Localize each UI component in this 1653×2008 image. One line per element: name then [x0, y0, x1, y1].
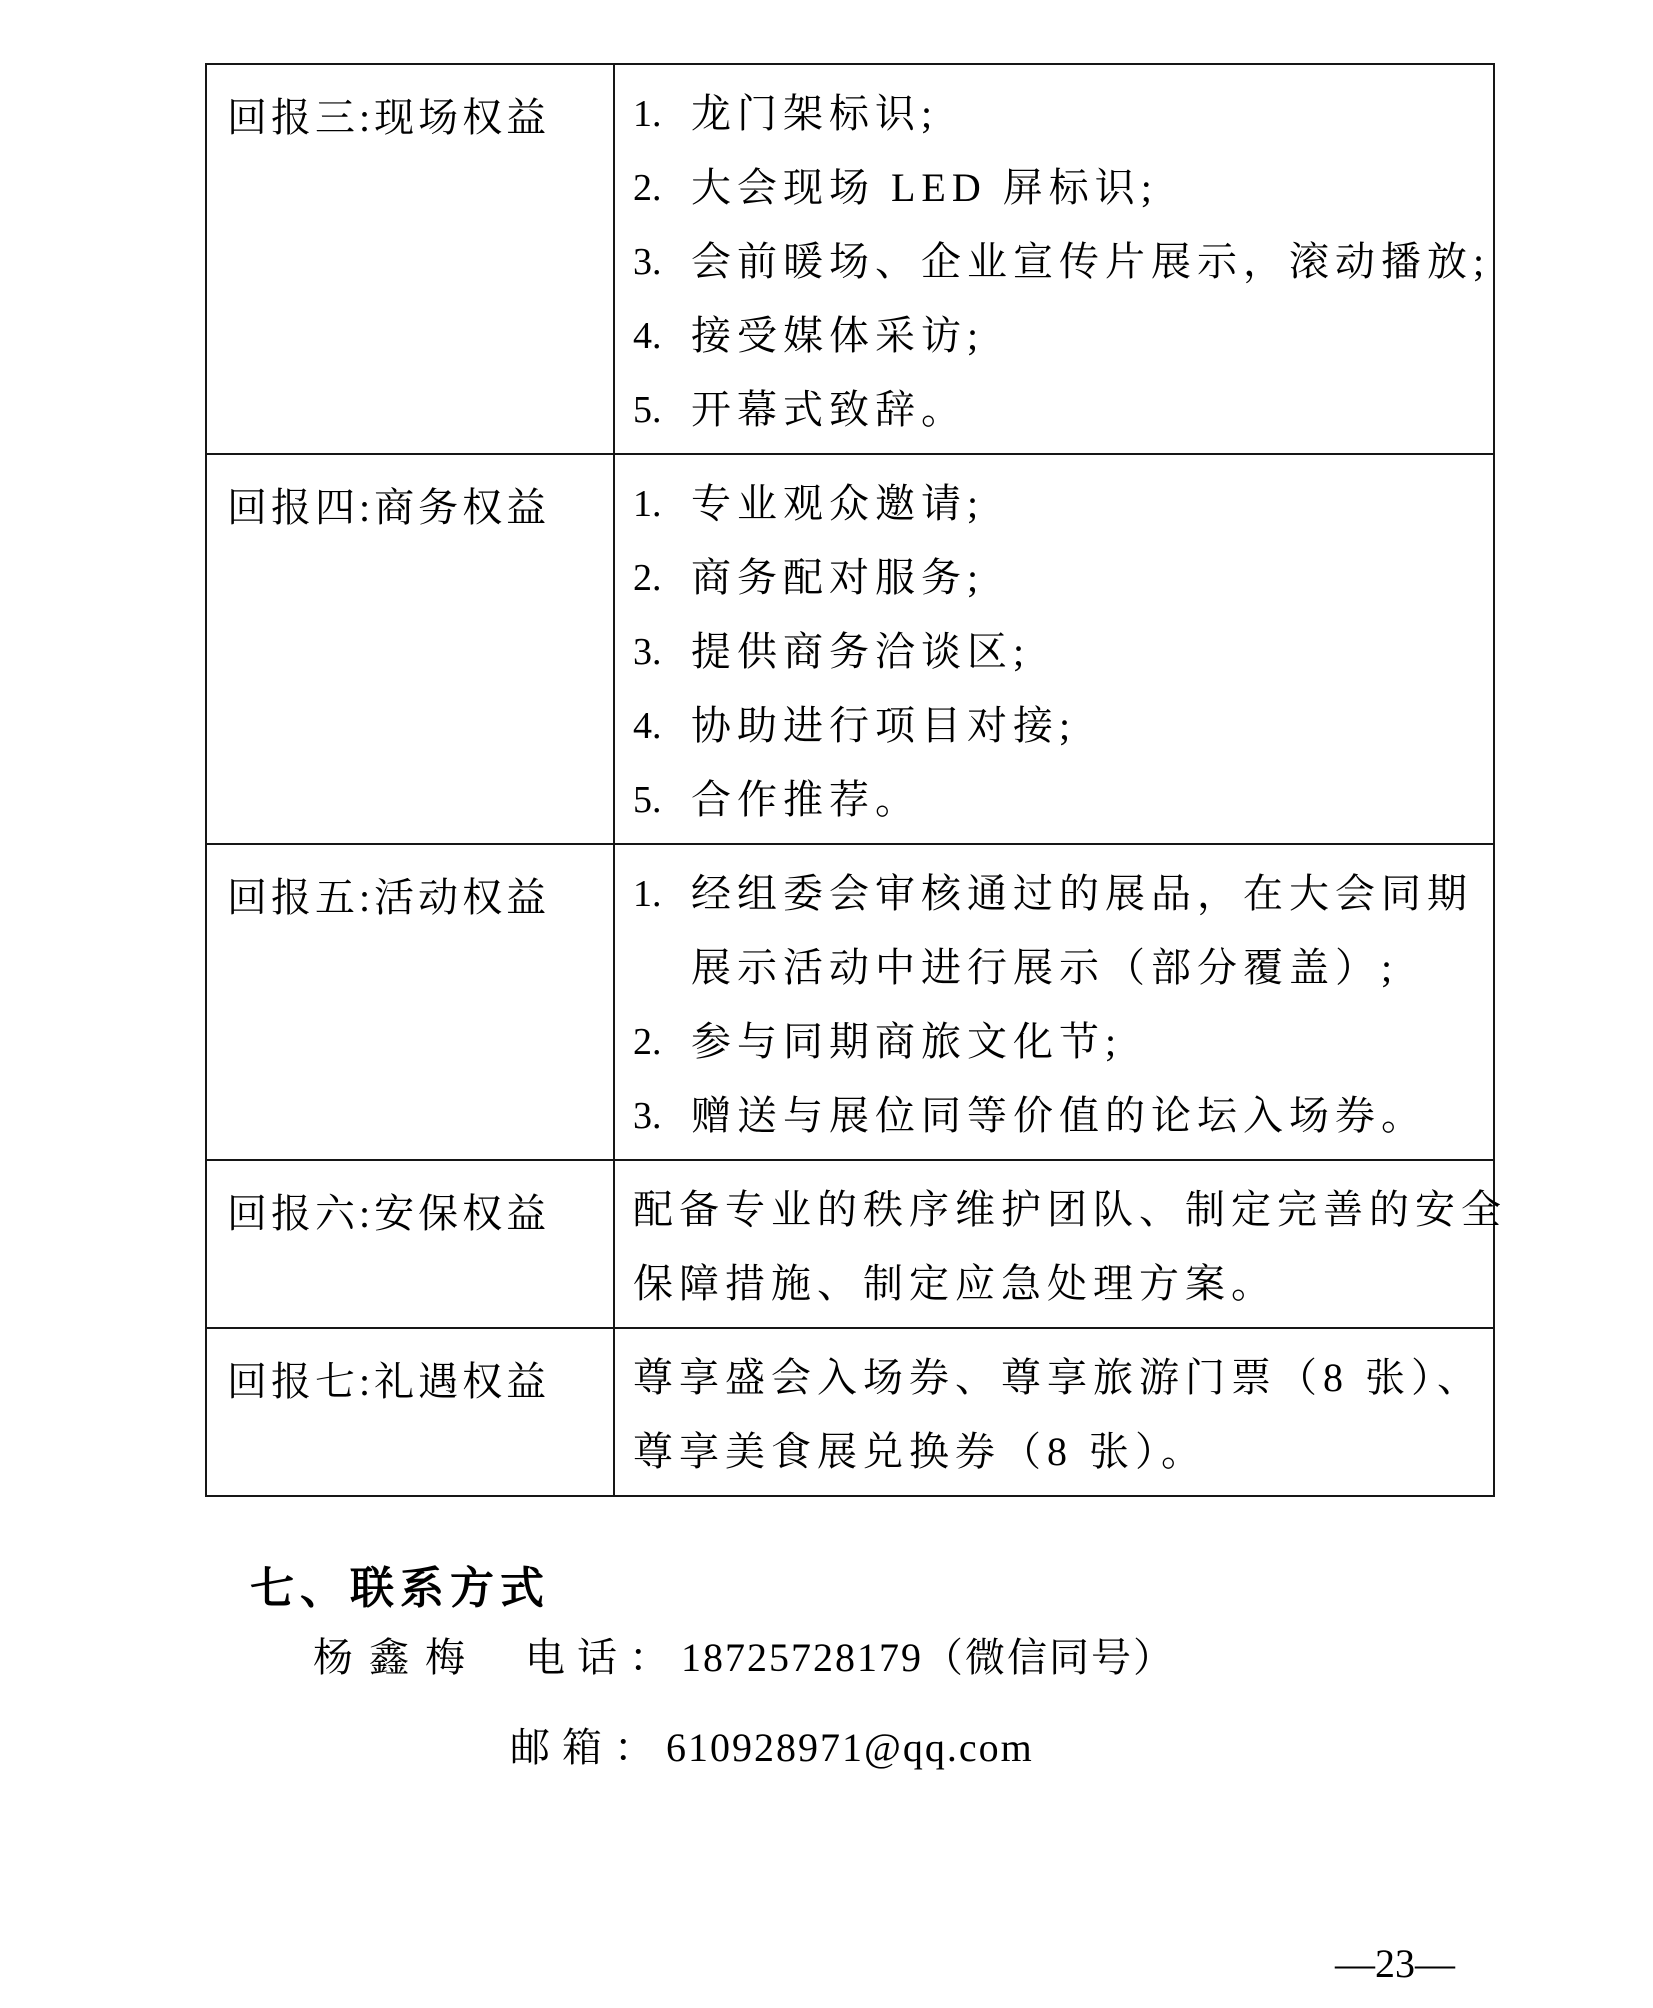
item-text: 接受媒体采访;: [691, 299, 984, 373]
content-line: 尊享盛会入场券、尊享旅游门票（8 张）、: [633, 1341, 1485, 1415]
row-label-cell: 回报五:活动权益: [206, 844, 614, 1160]
list-item: 4.接受媒体采访;: [633, 299, 1485, 373]
table-row: 回报四:商务权益 1.专业观众邀请; 2.商务配对服务; 3.提供商务洽谈区; …: [206, 454, 1494, 844]
list-item: 4.协助进行项目对接;: [633, 689, 1485, 763]
item-text: 赠送与展位同等价值的论坛入场券。: [691, 1079, 1427, 1153]
item-text: 专业观众邀请;: [691, 467, 984, 541]
row-label: 回报四:商务权益: [227, 471, 605, 545]
table-row: 回报三:现场权益 1.龙门架标识; 2.大会现场 LED 屏标识; 3.会前暖场…: [206, 64, 1494, 454]
row-content-cell: 1.龙门架标识; 2.大会现场 LED 屏标识; 3.会前暖场、企业宣传片展示，…: [614, 64, 1494, 454]
row-label-cell: 回报六:安保权益: [206, 1160, 614, 1328]
list-item: 1.龙门架标识;: [633, 77, 1485, 151]
list-item-continuation: 展示活动中进行展示（部分覆盖）;: [633, 931, 1485, 1005]
contact-name: 杨鑫梅: [313, 1635, 481, 1680]
item-number: 2.: [633, 541, 691, 615]
item-text: 龙门架标识;: [691, 77, 938, 151]
page-number: —23—: [1335, 1940, 1455, 1987]
document-page: 回报三:现场权益 1.龙门架标识; 2.大会现场 LED 屏标识; 3.会前暖场…: [0, 0, 1653, 2008]
row-label: 回报三:现场权益: [227, 81, 605, 155]
item-number: 2.: [633, 1005, 691, 1079]
item-text: 协助进行项目对接;: [691, 689, 1076, 763]
row-label-cell: 回报四:商务权益: [206, 454, 614, 844]
phone-value: 18725728179（微信同号）: [681, 1635, 1175, 1680]
item-text: 会前暖场、企业宣传片展示，滚动播放;: [691, 225, 1490, 299]
item-number: 4.: [633, 299, 691, 373]
item-number: 5.: [633, 763, 691, 837]
item-number: 3.: [633, 225, 691, 299]
table-row: 回报五:活动权益 1.经组委会审核通过的展品，在大会同期 展示活动中进行展示（部…: [206, 844, 1494, 1160]
content-line: 保障措施、制定应急处理方案。: [633, 1247, 1485, 1321]
row-label-cell: 回报七:礼遇权益: [206, 1328, 614, 1496]
item-text: 商务配对服务;: [691, 541, 984, 615]
item-text: 经组委会审核通过的展品，在大会同期: [691, 857, 1473, 931]
contact-phone-line: 杨鑫梅电话：18725728179（微信同号）: [313, 1626, 1175, 1683]
contact-section-heading: 七、联系方式: [250, 1552, 550, 1616]
row-label: 回报五:活动权益: [227, 861, 605, 935]
item-number: 1.: [633, 467, 691, 541]
row-label: 回报七:礼遇权益: [227, 1345, 605, 1419]
table-row: 回报七:礼遇权益 尊享盛会入场券、尊享旅游门票（8 张）、 尊享美食展兑换券（8…: [206, 1328, 1494, 1496]
item-number: 1.: [633, 77, 691, 151]
list-item: 5.开幕式致辞。: [633, 373, 1485, 447]
item-number: 4.: [633, 689, 691, 763]
item-number: 1.: [633, 857, 691, 931]
item-text: 大会现场 LED 屏标识;: [691, 151, 1158, 225]
list-item: 2.大会现场 LED 屏标识;: [633, 151, 1485, 225]
item-number: 3.: [633, 615, 691, 689]
content-line: 尊享美食展兑换券（8 张）。: [633, 1415, 1485, 1489]
item-text: 开幕式致辞。: [691, 373, 967, 447]
row-content-cell: 尊享盛会入场券、尊享旅游门票（8 张）、 尊享美食展兑换券（8 张）。: [614, 1328, 1494, 1496]
row-content-cell: 配备专业的秩序维护团队、制定完善的安全 保障措施、制定应急处理方案。: [614, 1160, 1494, 1328]
row-label: 回报六:安保权益: [227, 1177, 605, 1251]
item-text: 合作推荐。: [691, 763, 921, 837]
item-number: 2.: [633, 151, 691, 225]
row-content-cell: 1.专业观众邀请; 2.商务配对服务; 3.提供商务洽谈区; 4.协助进行项目对…: [614, 454, 1494, 844]
email-label: 邮箱：: [510, 1725, 666, 1770]
item-text: 提供商务洽谈区;: [691, 615, 1030, 689]
content-line: 配备专业的秩序维护团队、制定完善的安全: [633, 1173, 1485, 1247]
row-label-cell: 回报三:现场权益: [206, 64, 614, 454]
list-item: 3.赠送与展位同等价值的论坛入场券。: [633, 1079, 1485, 1153]
list-item: 5.合作推荐。: [633, 763, 1485, 837]
item-text: 参与同期商旅文化节;: [691, 1005, 1122, 1079]
list-item: 1.经组委会审核通过的展品，在大会同期: [633, 857, 1485, 931]
row-content-cell: 1.经组委会审核通过的展品，在大会同期 展示活动中进行展示（部分覆盖）; 2.参…: [614, 844, 1494, 1160]
list-item: 1.专业观众邀请;: [633, 467, 1485, 541]
email-value: 610928971@qq.com: [666, 1725, 1034, 1770]
list-item: 3.提供商务洽谈区;: [633, 615, 1485, 689]
list-item: 2.商务配对服务;: [633, 541, 1485, 615]
contact-email-line: 邮箱：610928971@qq.com: [510, 1716, 1034, 1773]
item-number: 3.: [633, 1079, 691, 1153]
list-item: 3.会前暖场、企业宣传片展示，滚动播放;: [633, 225, 1485, 299]
item-number: 5.: [633, 373, 691, 447]
benefits-table: 回报三:现场权益 1.龙门架标识; 2.大会现场 LED 屏标识; 3.会前暖场…: [205, 63, 1495, 1497]
phone-label: 电话：: [525, 1635, 681, 1680]
item-number: [633, 931, 691, 1005]
table-row: 回报六:安保权益 配备专业的秩序维护团队、制定完善的安全 保障措施、制定应急处理…: [206, 1160, 1494, 1328]
list-item: 2.参与同期商旅文化节;: [633, 1005, 1485, 1079]
item-text: 展示活动中进行展示（部分覆盖）;: [691, 931, 1398, 1005]
